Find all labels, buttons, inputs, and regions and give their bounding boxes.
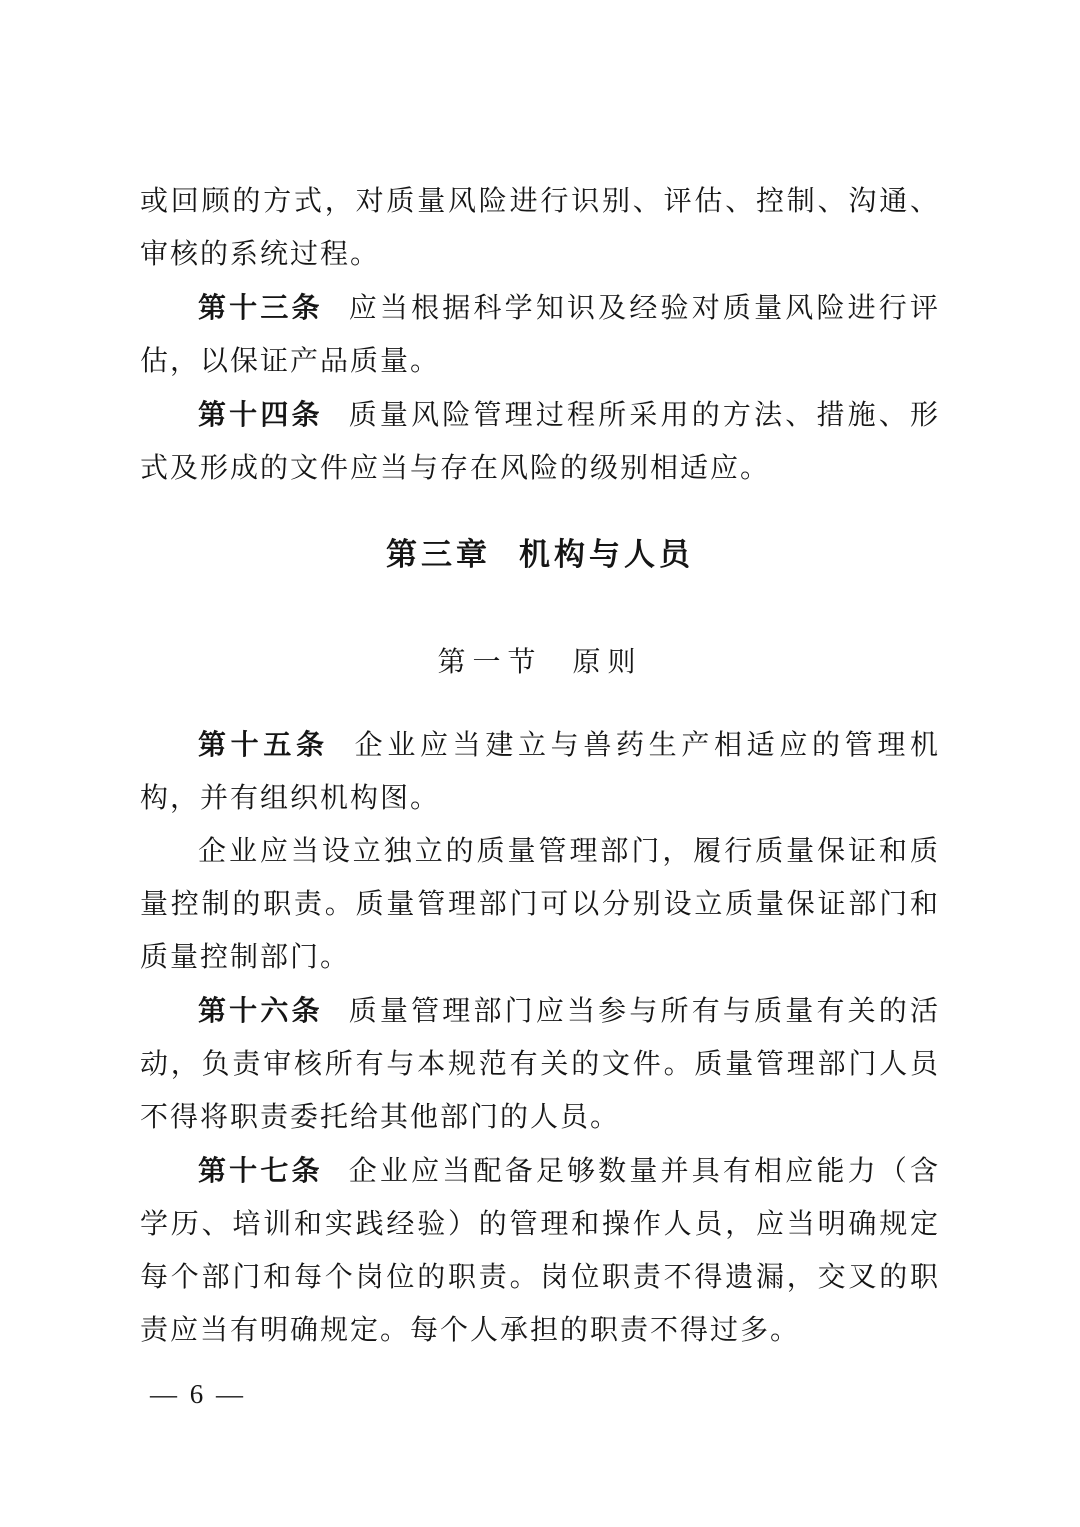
section-title: 原则 bbox=[573, 647, 643, 678]
article-17: 第十七条企业应当配备足够数量并具有相应能力（含学历、培训和实践经验）的管理和操作… bbox=[140, 1144, 940, 1357]
chapter-heading: 第三章机构与人员 bbox=[140, 528, 940, 581]
article-15: 第十五条企业应当建立与兽药生产相适应的管理机构，并有组织机构图。 bbox=[140, 718, 940, 825]
paragraph-risk-process-continued: 或回顾的方式，对质量风险进行识别、评估、控制、沟通、审核的系统过程。 bbox=[140, 175, 940, 281]
section-number: 第一节 bbox=[437, 647, 542, 678]
article-17-label: 第十七条 bbox=[198, 1155, 323, 1186]
article-13-label: 第十三条 bbox=[198, 292, 323, 323]
article-14-label: 第十四条 bbox=[198, 399, 323, 430]
section-heading: 第一节原则 bbox=[140, 636, 940, 689]
article-14: 第十四条质量风险管理过程所采用的方法、措施、形式及形成的文件应当与存在风险的级别… bbox=[140, 388, 940, 495]
chapter-title: 机构与人员 bbox=[519, 537, 694, 572]
article-16-label: 第十六条 bbox=[198, 995, 323, 1026]
article-13: 第十三条应当根据科学知识及经验对质量风险进行评估，以保证产品质量。 bbox=[140, 281, 940, 388]
page-number: — 6 — bbox=[140, 1379, 940, 1410]
article-16: 第十六条质量管理部门应当参与所有与质量有关的活动，负责审核所有与本规范有关的文件… bbox=[140, 984, 940, 1144]
document-page: 或回顾的方式，对质量风险进行识别、评估、控制、沟通、审核的系统过程。 第十三条应… bbox=[0, 0, 1080, 1527]
paragraph-quality-department: 企业应当设立独立的质量管理部门，履行质量保证和质量控制的职责。质量管理部门可以分… bbox=[140, 825, 940, 984]
chapter-number: 第三章 bbox=[386, 537, 491, 572]
article-15-label: 第十五条 bbox=[198, 729, 329, 760]
